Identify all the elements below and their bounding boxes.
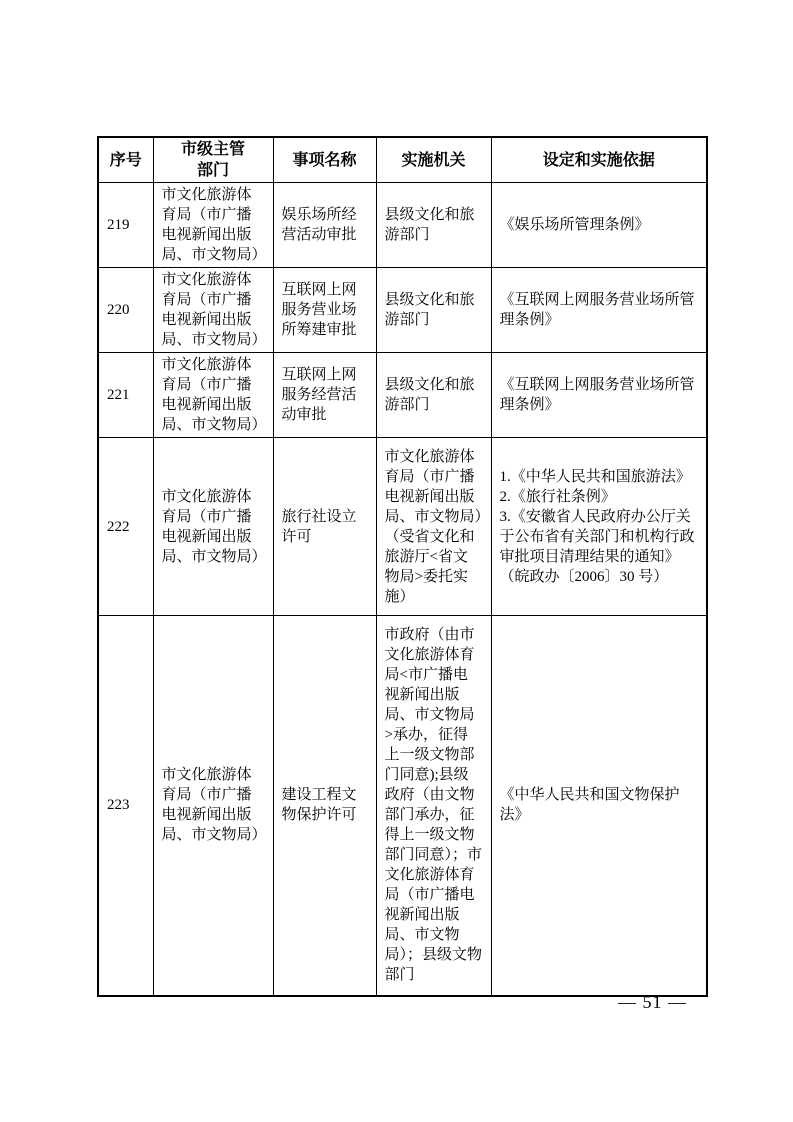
- cell-agency: 市政府（由市文化旅游体育局<市广播电视新闻出版局、市文物局>承办，征得上一级文物…: [376, 616, 491, 996]
- cell-department: 市文化旅游体育局（市广播电视新闻出版局、市文物局）: [153, 438, 273, 616]
- cell-department: 市文化旅游体育局（市广播电视新闻出版局、市文物局）: [153, 616, 273, 996]
- cell-item-name: 互联网上网服务营业场所筹建审批: [273, 268, 376, 353]
- cell-item-name: 互联网上网服务经营活动审批: [273, 353, 376, 438]
- table-header-row: 序号 市级主管 部门 事项名称 实施机关 设定和实施依据: [98, 137, 707, 183]
- header-cell-basis: 设定和实施依据: [491, 137, 707, 183]
- header-cell-item-name: 事项名称: [273, 137, 376, 183]
- cell-item-name: 建设工程文物保护许可: [273, 616, 376, 996]
- cell-department: 市文化旅游体育局（市广播电视新闻出版局、市文物局）: [153, 183, 273, 268]
- cell-serial-no: 221: [98, 353, 153, 438]
- cell-item-name: 娱乐场所经营活动审批: [273, 183, 376, 268]
- header-cell-department: 市级主管 部门: [153, 137, 273, 183]
- cell-department: 市文化旅游体育局（市广播电视新闻出版局、市文物局）: [153, 353, 273, 438]
- table-row-223: 223 市文化旅游体育局（市广播电视新闻出版局、市文物局） 建设工程文物保护许可…: [98, 616, 707, 996]
- cell-basis: 《娱乐场所管理条例》: [491, 183, 707, 268]
- cell-agency: 市文化旅游体育局（市广播电视新闻出版局、市文物局）（受省文化和旅游厅<省文物局>…: [376, 438, 491, 616]
- cell-serial-no: 222: [98, 438, 153, 616]
- cell-agency: 县级文化和旅游部门: [376, 183, 491, 268]
- cell-serial-no: 220: [98, 268, 153, 353]
- header-cell-agency: 实施机关: [376, 137, 491, 183]
- cell-serial-no: 219: [98, 183, 153, 268]
- cell-basis: 《互联网上网服务营业场所管理条例》: [491, 353, 707, 438]
- cell-serial-no: 223: [98, 616, 153, 996]
- cell-agency: 县级文化和旅游部门: [376, 353, 491, 438]
- cell-item-name: 旅行社设立许可: [273, 438, 376, 616]
- cell-agency: 县级文化和旅游部门: [376, 268, 491, 353]
- page-number: — 51 —: [618, 992, 687, 1013]
- cell-basis: 《中华人民共和国文物保护法》: [491, 616, 707, 996]
- cell-department: 市文化旅游体育局（市广播电视新闻出版局、市文物局）: [153, 268, 273, 353]
- header-cell-serial-no: 序号: [98, 137, 153, 183]
- approval-items-table: 序号 市级主管 部门 事项名称 实施机关 设定和实施依据 219 市文化旅游体育…: [97, 136, 708, 997]
- cell-basis: 1.《中华人民共和国旅游法》 2.《旅行社条例》 3.《安徽省人民政府办公厅关于…: [491, 438, 707, 616]
- document-page: 序号 市级主管 部门 事项名称 实施机关 设定和实施依据 219 市文化旅游体育…: [0, 0, 793, 1122]
- table-row-221: 221 市文化旅游体育局（市广播电视新闻出版局、市文物局） 互联网上网服务经营活…: [98, 353, 707, 438]
- table-row-220: 220 市文化旅游体育局（市广播电视新闻出版局、市文物局） 互联网上网服务营业场…: [98, 268, 707, 353]
- table-row-222: 222 市文化旅游体育局（市广播电视新闻出版局、市文物局） 旅行社设立许可 市文…: [98, 438, 707, 616]
- cell-basis: 《互联网上网服务营业场所管理条例》: [491, 268, 707, 353]
- table-row-219: 219 市文化旅游体育局（市广播电视新闻出版局、市文物局） 娱乐场所经营活动审批…: [98, 183, 707, 268]
